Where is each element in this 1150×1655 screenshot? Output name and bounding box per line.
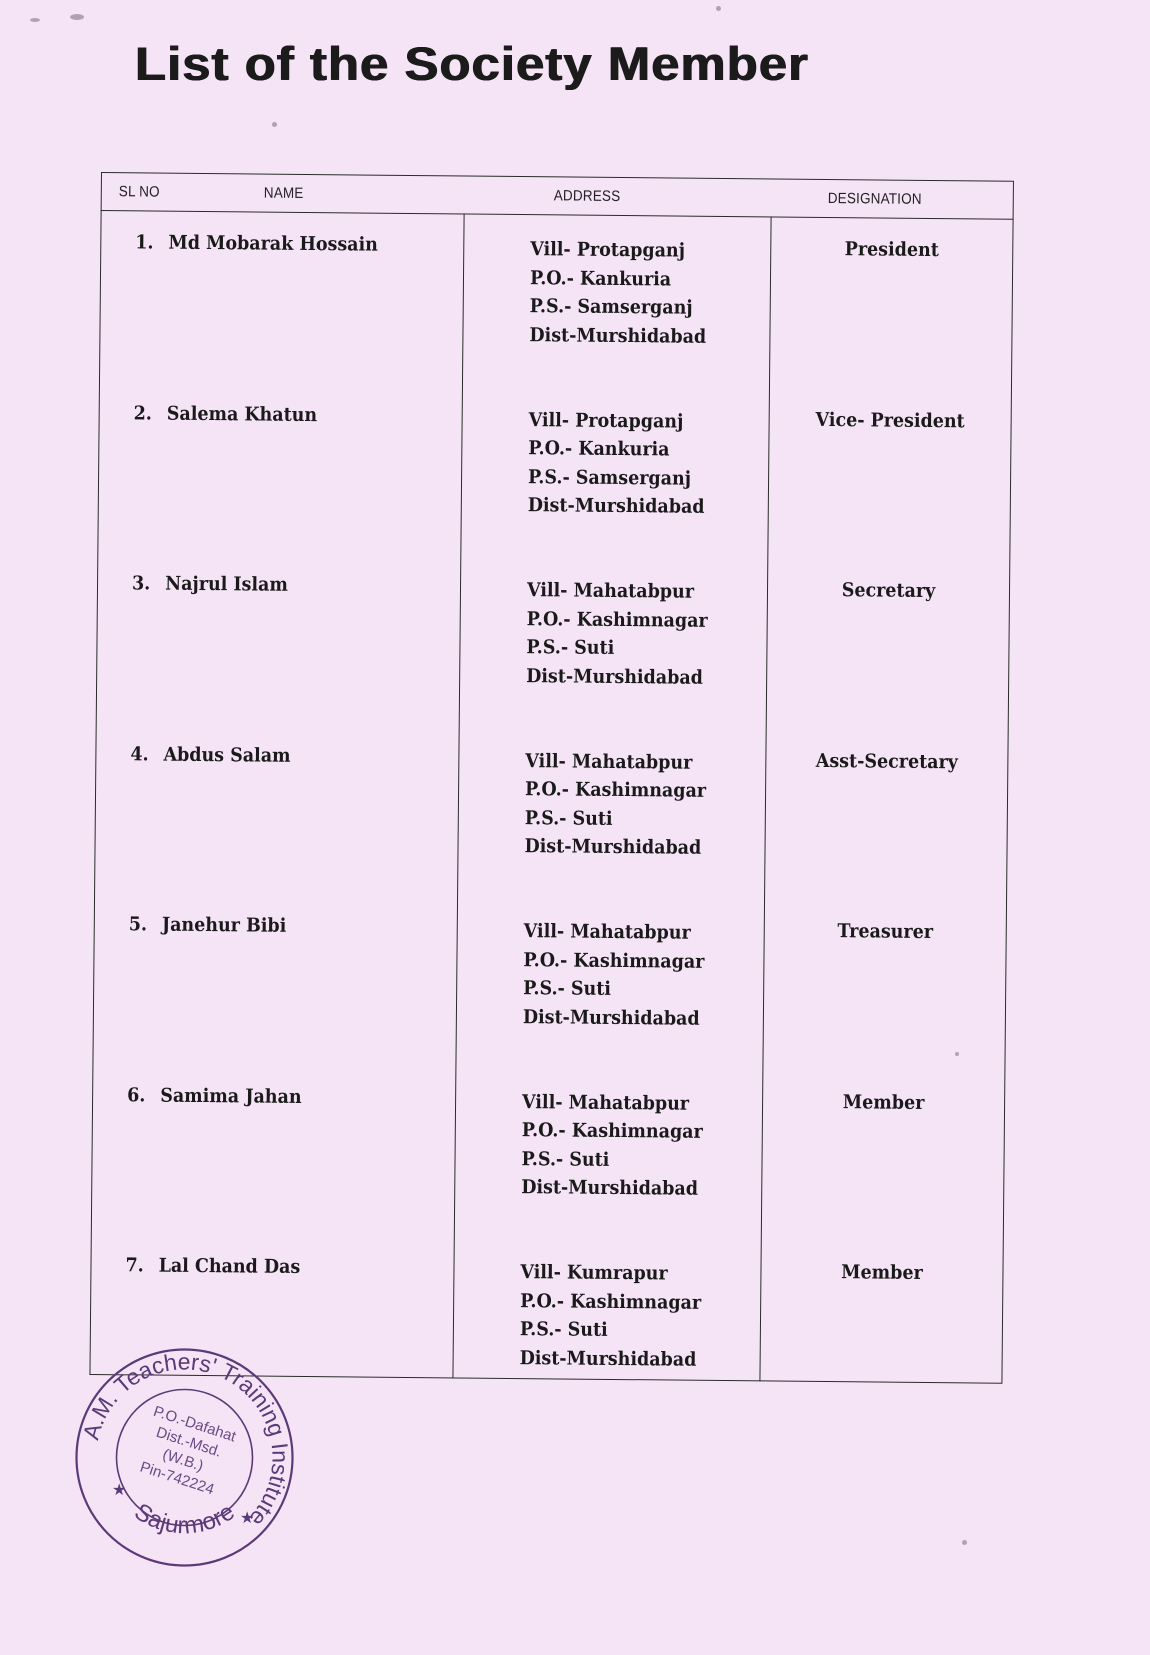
star-icon: ★ <box>112 1480 126 1499</box>
table-row: 3.Najrul IslamVill- MahatabpurP.O.- Kash… <box>96 572 1010 741</box>
member-designation: Member <box>772 1090 996 1114</box>
address-line: P.O.- Kashimnagar <box>525 775 706 805</box>
member-address: Vill- ProtapganjP.O.- KankuriaP.S.- Sams… <box>529 235 707 351</box>
members-table: SL NO NAME ADDRESS DESIGNATION 1.Md Moba… <box>89 172 1014 1384</box>
member-name: 2.Salema Khatun <box>134 402 318 426</box>
table-row: 6.Samima JahanVill- MahatabpurP.O.- Kash… <box>91 1083 1005 1252</box>
serial-number: 6. <box>127 1084 160 1106</box>
serial-number: 3. <box>132 572 165 594</box>
address-line: Vill- Kumrapur <box>520 1258 701 1288</box>
address-line: P.S.- Suti <box>521 1145 702 1175</box>
header-name: NAME <box>264 185 304 202</box>
member-address: Vill- MahatabpurP.O.- KashimnagarP.S.- S… <box>523 917 705 1033</box>
member-designation: Vice- President <box>778 408 1002 432</box>
address-line: P.S.- Suti <box>526 633 707 663</box>
address-line: Vill- Mahatabpur <box>525 747 706 777</box>
member-designation: President <box>780 238 1004 262</box>
member-name: 3.Najrul Islam <box>132 572 288 595</box>
address-line: P.S.- Suti <box>520 1315 701 1345</box>
member-name-text: Lal Chand Das <box>159 1255 301 1278</box>
svg-text:Sajurmore: Sajurmore <box>130 1498 240 1540</box>
address-line: P.S.- Suti <box>523 974 704 1004</box>
member-designation: Secretary <box>777 579 1001 603</box>
address-line: P.S.- Samserganj <box>528 463 705 493</box>
member-name-text: Md Mobarak Hossain <box>168 232 378 256</box>
address-line: Vill- Protapganj <box>529 406 706 436</box>
member-address: Vill- MahatabpurP.O.- KashimnagarP.S.- S… <box>526 576 708 692</box>
member-address: Vill- MahatabpurP.O.- KashimnagarP.S.- S… <box>524 747 706 863</box>
address-line: Dist-Murshidabad <box>526 662 707 692</box>
address-line: Vill- Mahatabpur <box>522 1088 703 1118</box>
address-line: Dist-Murshidabad <box>528 491 705 521</box>
member-designation: Asst-Secretary <box>775 749 999 773</box>
member-designation: Member <box>770 1260 994 1284</box>
address-line: Dist-Murshidabad <box>529 321 706 351</box>
header-designation: DESIGNATION <box>828 190 922 208</box>
member-name: 4.Abdus Salam <box>130 743 290 767</box>
member-address: Vill- ProtapganjP.O.- KankuriaP.S.- Sams… <box>528 406 706 522</box>
address-line: P.O.- Kashimnagar <box>523 946 704 976</box>
table-row: 4.Abdus SalamVill- MahatabpurP.O.- Kashi… <box>94 742 1008 911</box>
header-sl-no: SL NO <box>119 183 160 200</box>
table-row: 2.Salema KhatunVill- ProtapganjP.O.- Kan… <box>97 401 1011 570</box>
stamp-bottom-text: Sajurmore <box>130 1498 240 1540</box>
address-line: Dist-Murshidabad <box>523 1003 704 1033</box>
member-name-text: Abdus Salam <box>163 743 290 766</box>
table-row: 5.Janehur BibiVill- MahatabpurP.O.- Kash… <box>92 913 1006 1082</box>
member-name-text: Janehur Bibi <box>162 914 287 937</box>
address-line: P.O.- Kankuria <box>528 434 705 464</box>
serial-number: 4. <box>130 743 163 765</box>
member-name: 7.Lal Chand Das <box>125 1254 300 1278</box>
address-line: P.S.- Suti <box>525 804 706 834</box>
address-line: P.O.- Kankuria <box>530 264 707 294</box>
member-name: 1.Md Mobarak Hossain <box>135 231 378 255</box>
address-line: Dist-Murshidabad <box>519 1344 700 1374</box>
member-address: Vill- KumrapurP.O.- KashimnagarP.S.- Sut… <box>519 1258 701 1374</box>
serial-number: 1. <box>135 231 168 253</box>
address-line: P.O.- Kashimnagar <box>527 605 708 635</box>
star-icon: ★ <box>240 1508 254 1527</box>
address-line: P.O.- Kashimnagar <box>520 1287 701 1317</box>
member-address: Vill- MahatabpurP.O.- KashimnagarP.S.- S… <box>521 1088 703 1204</box>
member-name-text: Salema Khatun <box>167 402 318 425</box>
member-designation: Treasurer <box>773 919 997 943</box>
header-address: ADDRESS <box>554 187 621 205</box>
member-name: 5.Janehur Bibi <box>129 913 287 937</box>
member-name-text: Najrul Islam <box>165 573 288 596</box>
serial-number: 7. <box>125 1254 158 1276</box>
institute-stamp: A.M. Teachers' Training Institute Sajurm… <box>72 1345 297 1570</box>
address-line: Dist-Murshidabad <box>524 832 705 862</box>
table-row: 1.Md Mobarak HossainVill- ProtapganjP.O.… <box>99 231 1013 400</box>
serial-number: 5. <box>129 913 162 935</box>
address-line: P.O.- Kashimnagar <box>522 1116 703 1146</box>
address-line: Vill- Protapganj <box>530 235 707 265</box>
page-title: List of the Society Member <box>135 36 809 91</box>
address-line: Dist-Murshidabad <box>521 1173 702 1203</box>
address-line: Vill- Mahatabpur <box>527 576 708 606</box>
serial-number: 2. <box>134 402 167 424</box>
member-name: 6.Samima Jahan <box>127 1084 302 1108</box>
address-line: Vill- Mahatabpur <box>524 917 705 947</box>
address-line: P.S.- Samserganj <box>530 292 707 322</box>
member-name-text: Samima Jahan <box>160 1084 302 1107</box>
